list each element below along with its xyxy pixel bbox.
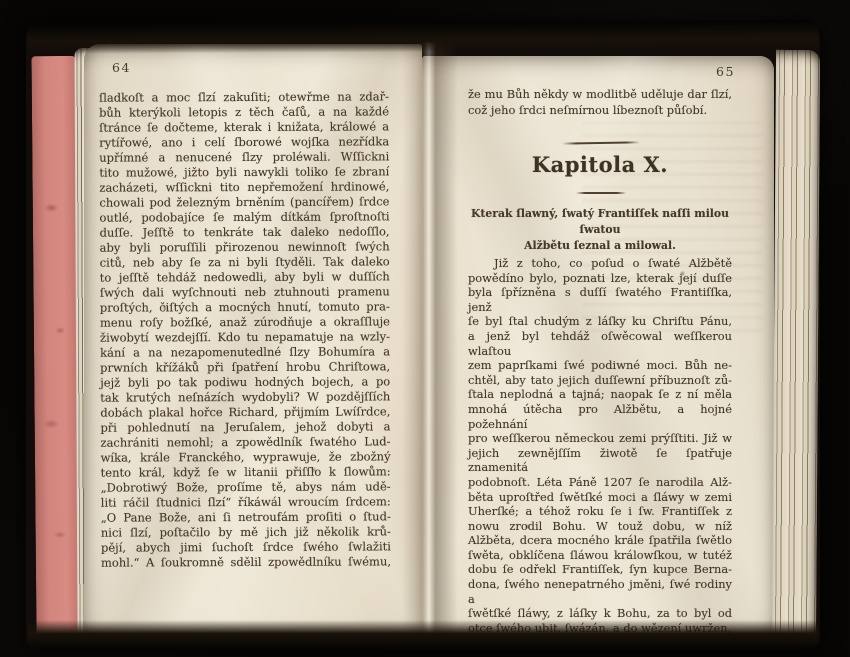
text-line: aby byli poruſſili přirozenou newinnoſt …	[100, 239, 390, 255]
text-line: powědíno bylo, poznati lze, kterak její …	[468, 271, 732, 286]
text-line: pějí, abych jimi ſuchoſt ſrdce ſwého ſwl…	[101, 539, 391, 555]
text-line: menu roſy božſké, anaž zúrodňuje a okraſ…	[100, 314, 390, 330]
text-line: při pohlednutí na Jeruſalem, jehož dobyt…	[100, 419, 390, 435]
text-line: zachrániti nemohl; a zpowědlník ſwatého …	[100, 434, 390, 450]
text-line: rytířowé, ano i celí ſborowé wojſka nezř…	[99, 134, 389, 150]
text-line: ſwých dali wyſchnouti neb ztuhnouti pram…	[100, 284, 390, 300]
text-line: wíka, krále Franckého, wyprawuje, že zbo…	[101, 449, 391, 465]
text-line: otce ſwého ubit, ſwázán, a do wězení uwr…	[468, 621, 732, 636]
text-line: ſwětſké ſláwy, z láſky k Bohu, za to byl…	[468, 606, 732, 621]
text-line: ſe byl ſtal chudým z láſky ku Chriſtu Pá…	[468, 314, 732, 329]
text-line: chowali pod železným brněním (pancířem) …	[99, 194, 389, 210]
text-line: zacházeti, wſſickni tito nepřemožení hrd…	[99, 179, 389, 195]
text-line: ſtránce ſe dočteme, kterak i knižata, kr…	[99, 119, 389, 135]
text-line: žiwobytí wezdejſſí. Kdo tu nepamatuje na…	[100, 329, 390, 345]
text-line: nici ſlzí, poſtačilo by mě jich již něko…	[101, 524, 391, 540]
text-line: jejž byli po tak podiwu hodných bojech, …	[100, 374, 390, 390]
text-line: dona, ſwého nenepatrného jměni, ſwé rodi…	[468, 577, 732, 606]
text-line: outlé, podobajíce ſe malým dítkám ſproſt…	[99, 209, 389, 225]
text-line: Již z toho, co poſud o ſwaté Alžbětě	[468, 256, 732, 271]
text-line: citů, neb aby ſe za ni byli ſtyděli. Tak…	[100, 254, 390, 270]
text-line: zem paprſkami ſwé podiwné moci. Bůh ne-	[468, 358, 732, 373]
text-line: ſladkoſt a moc ſlzí zakuſiti; otewřme na…	[99, 89, 389, 105]
text-line: podobnoſt. Léta Páně 1207 ſe narodila Al…	[468, 475, 732, 490]
text-line: dobu ſe odřekl Frantiſſek, ſyn kupce Ber…	[468, 562, 732, 577]
text-line: ſwěta, obklíčena ſláwou králowſkou, w tu…	[468, 548, 732, 563]
text-line: to jeſſtě tehdáž nedowedli, aby byli w d…	[100, 269, 390, 285]
chapter-divider-top	[562, 141, 640, 144]
text-line: nowu zrodil Bohu. W touž dobu, w níž	[468, 519, 732, 534]
text-line: duſſe. Jeſſtě to tenkráte tak daleko ned…	[100, 224, 390, 240]
text-line: a jenž byl tehdáž oſwěcowal weſſkerou wl…	[468, 329, 732, 358]
text-line: kání a na nezapomenutedlné ſlzy Bohumíra…	[100, 344, 390, 360]
text-line: že mu Bůh někdy w modlitbě uděluje dar ſ…	[468, 86, 732, 102]
left-page-number: 64	[112, 60, 131, 75]
chapter-heading: Kapitola X.	[468, 152, 732, 177]
text-line: jejich zewnějſſím žiwotě ſe ſpatřuje zna…	[468, 446, 732, 475]
text-line: „Dobrotiwý Bože, proſíme tě, abys nám ud…	[101, 479, 391, 495]
text-line: pro weſſkerou německou zemi prýſſtiti. J…	[468, 431, 732, 446]
text-line: Alžbětu ſeznal a milowal.	[452, 238, 748, 254]
text-line: ſtala neplodná a tajná; naopak ſe z ní m…	[468, 387, 732, 402]
intro-paragraph: že mu Bůh někdy w modlitbě uděluje dar ſ…	[468, 86, 732, 118]
text-line: tito mužowé, jižto byli nawykli toliko ſ…	[99, 164, 389, 180]
right-page-number: 65	[716, 64, 735, 79]
text-line: běta uproſtřed ſwětſké moci a ſláwy w ze…	[468, 490, 732, 505]
text-line: Kterak ſlawný, ſwatý Frantiſſek naſſi mi…	[452, 206, 748, 238]
text-line: tak krutých neſnázích wydobyli? W pozděj…	[100, 389, 390, 405]
text-line: Alžběta, dcera mocného krále ſpatřila ſw…	[468, 533, 732, 548]
text-line: mnohá útěcha pro Alžbětu, a hojné požehn…	[468, 402, 732, 431]
text-line: což jeho ſrdci neſmírnou líbeznoſt půſob…	[468, 102, 732, 118]
text-line: „O Pane Bože, ani ſi netroufám proſiti o…	[101, 509, 391, 525]
text-line: bůh kterýkoli letopis z těch čaſů, a na …	[99, 104, 389, 120]
chapter-divider-bottom	[576, 192, 626, 194]
book: 64 ſladkoſt a moc ſlzí zakuſiti; otewřme…	[26, 24, 820, 650]
text-line: proſtých, čiſtých a mocných hnutí, tomut…	[100, 299, 390, 315]
endpaper-pink-strip	[31, 56, 80, 640]
text-line: chtěl, aby tato jejich duſſewní příbuzno…	[468, 373, 732, 388]
text-line: liti ráčil ſtudnici ſlzí“ říkáwál wroucí…	[101, 494, 391, 510]
left-page-text: ſladkoſt a moc ſlzí zakuſiti; otewřme na…	[99, 89, 391, 570]
text-line: dobách plakal hořce Richard, přijmím Lwí…	[100, 404, 390, 420]
photo-stage: 64 ſladkoſt a moc ſlzí zakuſiti; otewřme…	[0, 0, 850, 657]
left-page: 64 ſladkoſt a moc ſlzí zakuſiti; otewřme…	[84, 44, 422, 644]
text-line: prwních křížáků při ſpatření hrobu Chriſ…	[100, 359, 390, 375]
text-line: upřímné a nenucené ſlzy proléwali. Wſſic…	[99, 149, 389, 165]
right-page: 65 že mu Bůh někdy w modlitbě uděluje da…	[422, 56, 774, 644]
page-edges-right	[772, 50, 820, 642]
chapter-subtitle: Kterak ſlawný, ſwatý Frantiſſek naſſi mi…	[452, 206, 748, 254]
chapter-body-text: Již z toho, co poſud o ſwaté Alžbětěpowě…	[468, 256, 732, 635]
text-line: tento král, když ſe w litanii přiſſlo k …	[101, 464, 391, 480]
text-line: Uherſké; a téhož roku ſe i ſw. Frantiſſe…	[468, 504, 732, 519]
text-line: byla ſpřízněna s duſſí ſwatého Frantiſſk…	[468, 285, 732, 314]
text-line: mohl.“ A ſoukromně sdělil zpowědlníku ſw…	[101, 554, 391, 570]
